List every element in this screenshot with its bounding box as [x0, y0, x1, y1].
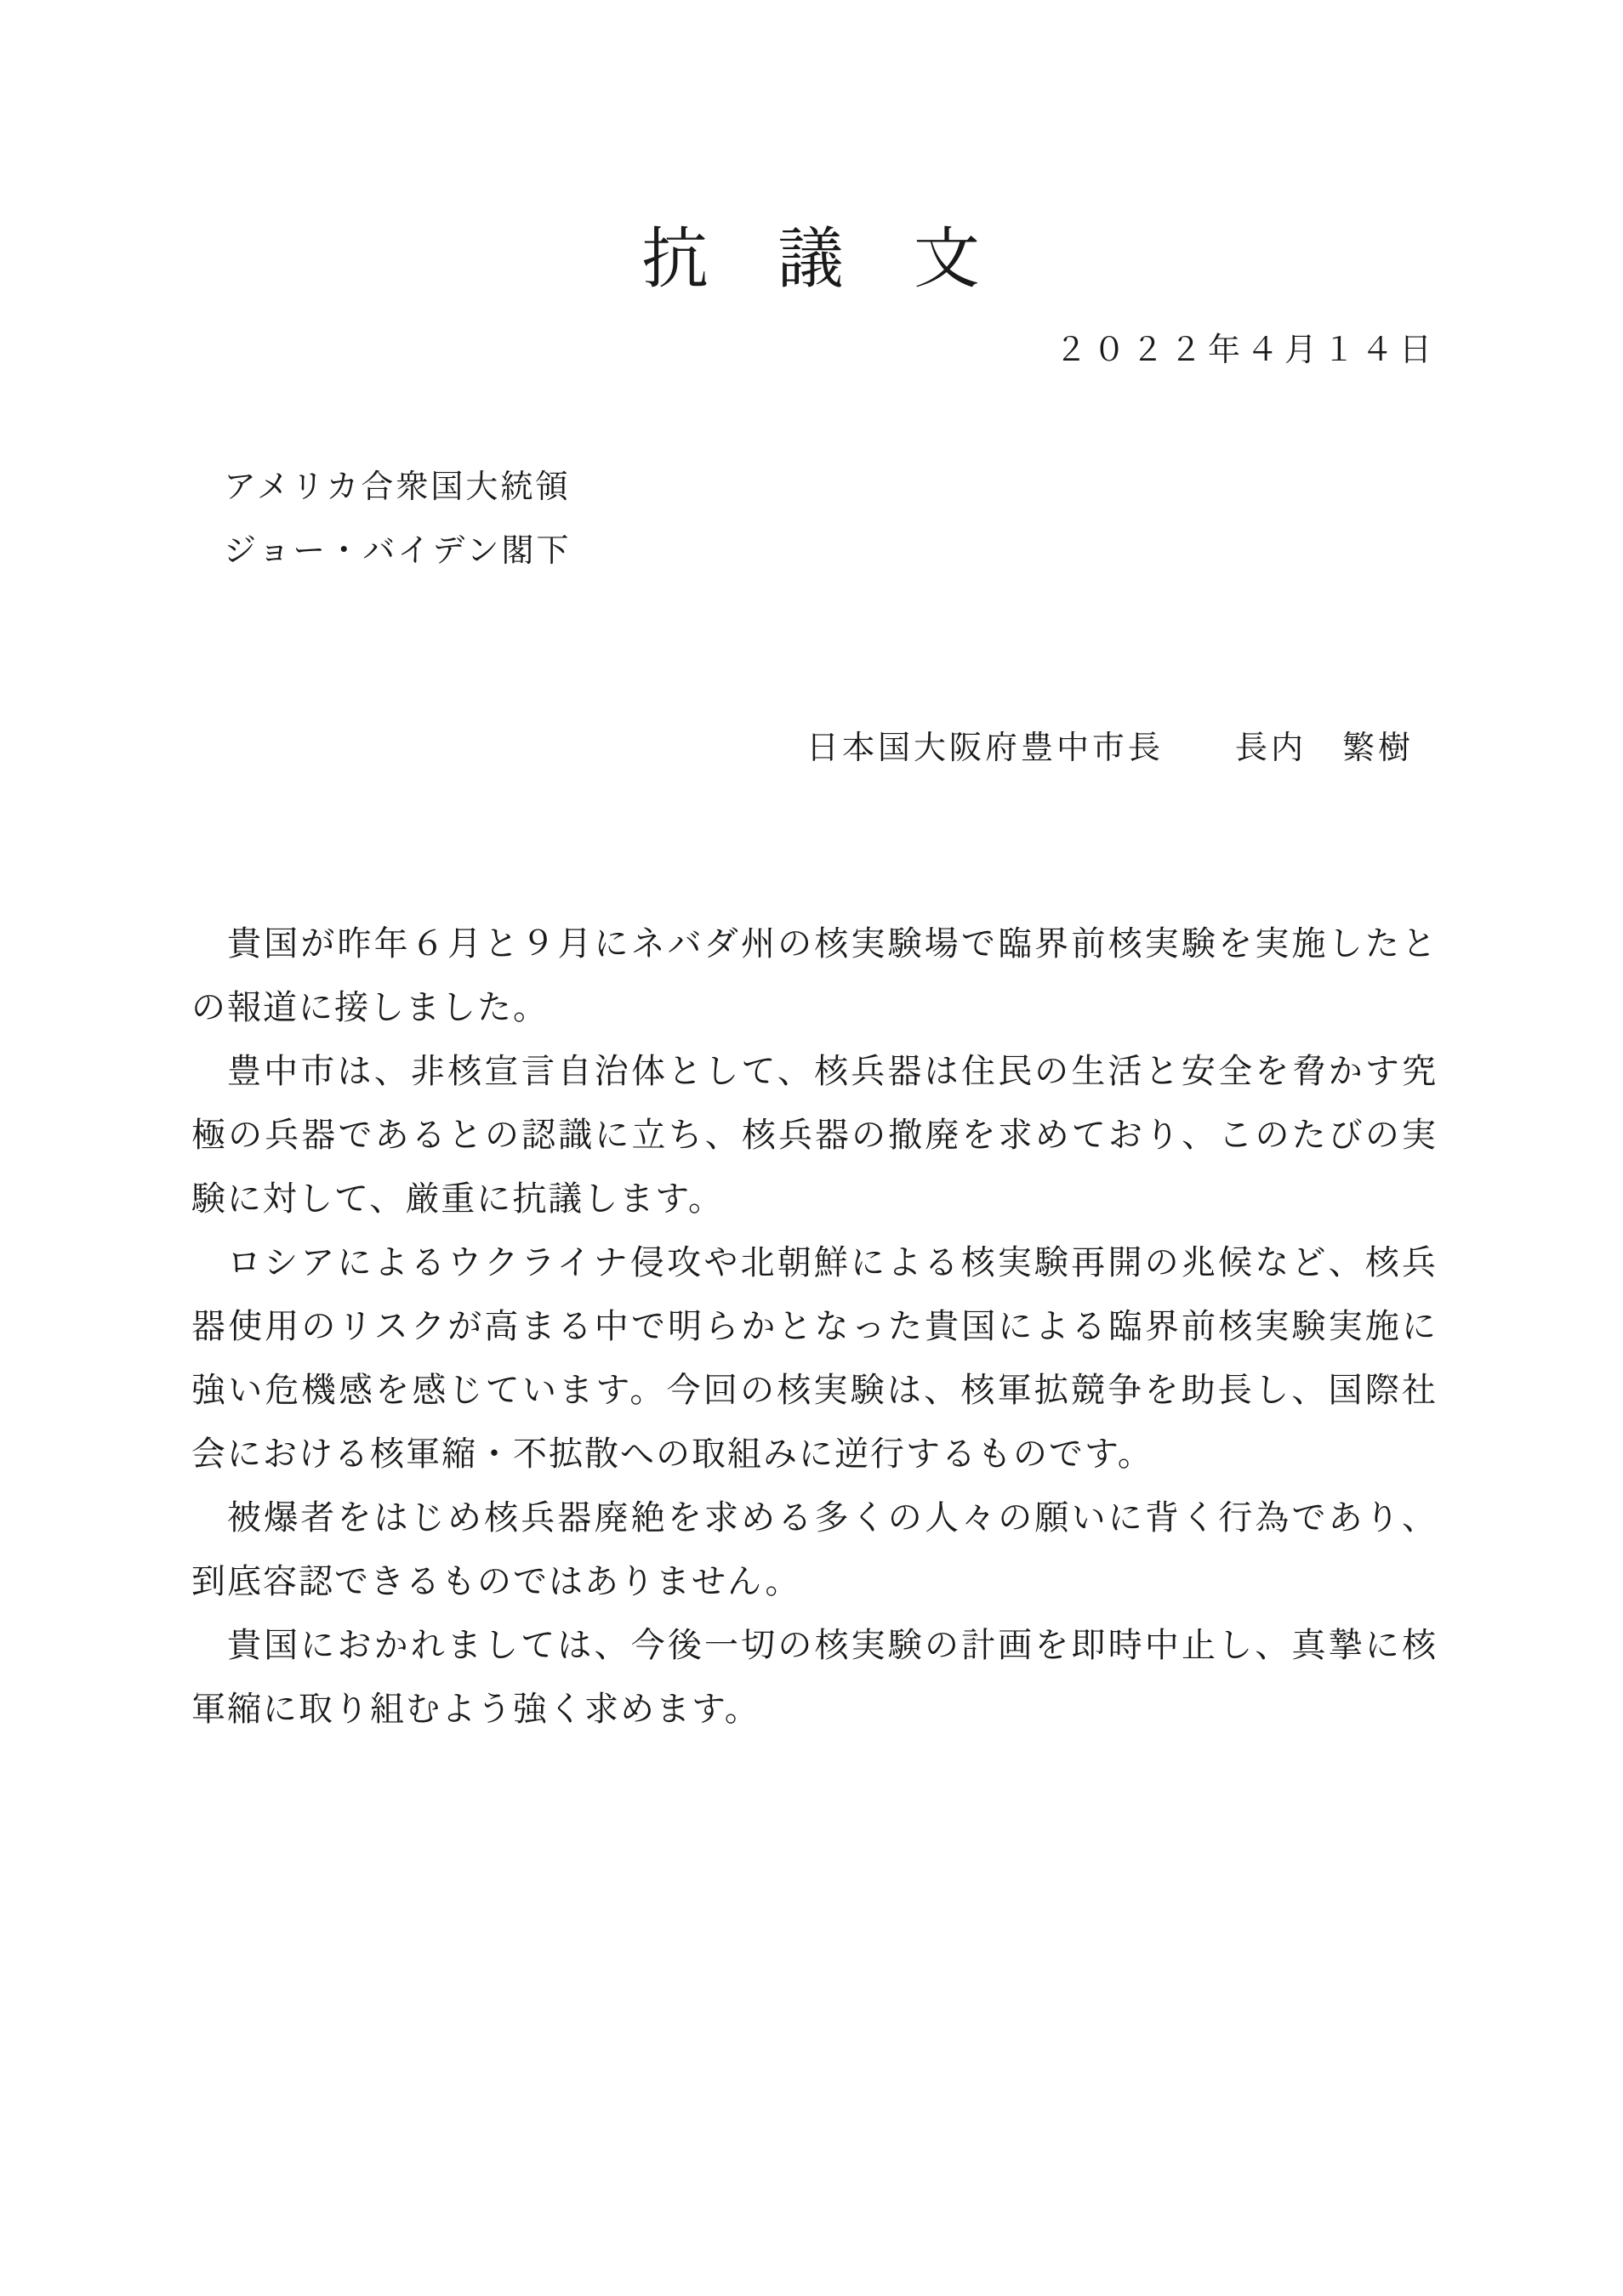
sender-signature: 日本国大阪府豊中市長 長内 繁樹	[806, 730, 1414, 769]
paragraph-3: ロシアによるウクライナ侵攻や北朝鮮による核実験再開の兆候など、核兵器使用のリスク…	[191, 1230, 1438, 1486]
paragraph-4: 被爆者をはじめ核兵器廃絶を求める多くの人々の願いに背く行為であり、到底容認できる…	[191, 1486, 1438, 1613]
recipient-line-1: アメリカ合衆国大統領	[224, 456, 571, 520]
document-title: 抗 議 文	[0, 221, 1623, 298]
paragraph-5: 貴国におかれましては、今後一切の核実験の計画を即時中止し、真摯に核軍縮に取り組む…	[191, 1613, 1438, 1741]
recipient-line-2: ジョー・バイデン閣下	[224, 520, 571, 583]
paragraph-2: 豊中市は、非核宣言自治体として、核兵器は住民の生活と安全を脅かす究極の兵器である…	[191, 1039, 1438, 1230]
protest-letter-page: 抗 議 文 ２０２２年４月１４日 アメリカ合衆国大統領 ジョー・バイデン閣下 日…	[0, 0, 1623, 2296]
paragraph-1: 貴国が昨年６月と９月にネバダ州の核実験場で臨界前核実験を実施したとの報道に接しま…	[191, 912, 1438, 1039]
letter-body: 貴国が昨年６月と９月にネバダ州の核実験場で臨界前核実験を実施したとの報道に接しま…	[191, 912, 1438, 1741]
document-date: ２０２２年４月１４日	[191, 332, 1438, 371]
recipient-block: アメリカ合衆国大統領 ジョー・バイデン閣下	[224, 456, 571, 583]
